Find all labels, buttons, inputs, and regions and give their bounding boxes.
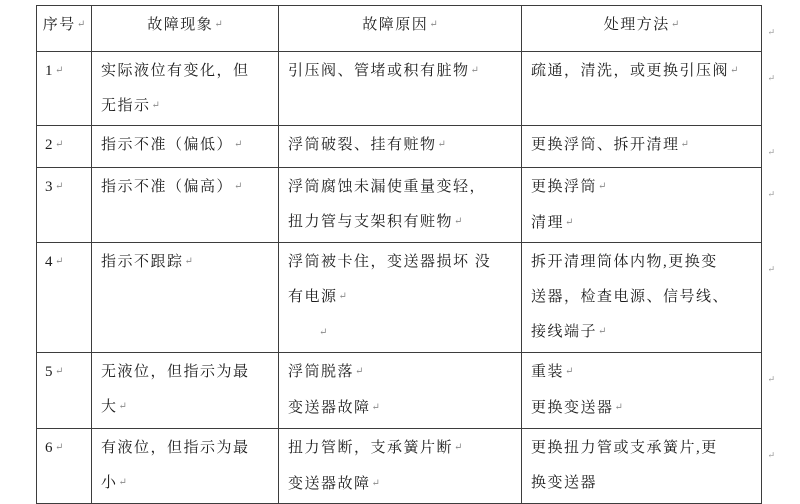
cell-text: 无指示 (101, 98, 151, 114)
paragraph-mark: ↵ (152, 100, 160, 111)
row-end-mark: ↵ (767, 362, 775, 397)
cell-text: 更换浮筒 (531, 179, 597, 195)
cell-no: 3↵ (37, 168, 92, 243)
table-row: 1↵实际液位有变化，但无指示↵引压阀、管堵或积有脏物↵疏通，清洗，或更换引压阀↵… (37, 52, 762, 126)
row-end-mark: ↵ (767, 252, 775, 287)
row-end-mark: ↵ (767, 61, 775, 96)
cell-line: 扭力管与支架积有赃物↵ (288, 205, 516, 241)
paragraph-mark: ↵ (471, 65, 479, 76)
paragraph-mark: ↵ (565, 366, 573, 377)
cell-line: 指示不准（偏低）↵ (101, 128, 273, 164)
paragraph-mark: ↵ (234, 181, 242, 192)
paragraph-mark: ↵ (234, 139, 242, 150)
cell-text: 浮筒脱落 (288, 364, 354, 380)
cell-solution: 拆开清理筒体内物,更换变送器，检查电源、信号线、接线端子↵↵ (522, 243, 762, 353)
cell-phenomenon: 无液位，但指示为最大↵ (92, 353, 279, 429)
cell-line: 拆开清理筒体内物,更换变 (531, 245, 756, 280)
cell-text: 换变送器 (531, 475, 597, 491)
cell-line: 换变送器 (531, 466, 756, 500)
table-head: 序号↵故障现象↵故障原因↵处理方法↵↵ (37, 6, 762, 52)
paragraph-mark: ↵ (372, 402, 380, 413)
paragraph-mark: ↵ (355, 366, 363, 377)
paragraph-mark: ↵ (55, 139, 63, 150)
paragraph-mark: ↵ (319, 327, 327, 338)
row-end-mark: ↵ (767, 177, 775, 212)
cell-line: 浮筒腐蚀未漏使重量变轻， (288, 170, 516, 205)
row-number: 6 (45, 440, 54, 456)
cell-text: 实际液位有变化，但 (101, 63, 250, 79)
column-header-label: 故障原因 (362, 17, 428, 33)
paragraph-mark: ↵ (339, 291, 347, 302)
cell-line: 实际液位有变化，但 (101, 54, 273, 89)
paragraph-mark: ↵ (55, 65, 63, 76)
paragraph-mark: ↵ (55, 256, 63, 267)
cell-line: 大↵ (101, 390, 273, 426)
cell-text: 指示不准（偏低） (101, 137, 233, 153)
cell-line: 疏通，清洗，或更换引压阀↵ (531, 54, 756, 90)
column-header: 处理方法↵↵ (522, 6, 762, 52)
paragraph-mark: ↵ (438, 139, 446, 150)
cell-line: 更换浮筒↵ (531, 170, 756, 206)
paragraph-mark: ↵ (214, 19, 222, 30)
cell-solution: 重装↵更换变送器↵↵ (522, 353, 762, 429)
cell-line: 更换扭力管或支承簧片,更 (531, 431, 756, 466)
cell-line: 扭力管断，支承簧片断↵ (288, 431, 516, 467)
cell-no: 6↵ (37, 429, 92, 501)
cell-text: 扭力管与支架积有赃物 (288, 214, 453, 230)
cell-line: 清理↵ (531, 206, 756, 242)
paragraph-mark: ↵ (55, 181, 63, 192)
fault-table: 序号↵故障现象↵故障原因↵处理方法↵↵ 1↵实际液位有变化，但无指示↵引压阀、管… (36, 5, 762, 500)
cell-text: 更换浮筒、拆开清理 (531, 137, 680, 153)
cell-phenomenon: 指示不准（偏高）↵ (92, 168, 279, 243)
cell-phenomenon: 有液位，但指示为最小↵ (92, 429, 279, 501)
cell-line: 浮筒脱落↵ (288, 355, 516, 391)
cell-text: 重装 (531, 364, 564, 380)
row-end-mark: ↵ (767, 15, 775, 50)
cell-text: 变送器故障 (288, 400, 371, 416)
cell-text: 接线端子 (531, 324, 597, 340)
cell-text: 指示不跟踪 (101, 254, 184, 270)
cell-line: 更换变送器↵ (531, 391, 756, 427)
cell-text: 小 (101, 475, 118, 491)
cell-text: 浮筒被卡住，变送器损坏 没 (288, 254, 491, 270)
cell-line: 3↵ (45, 170, 86, 206)
row-number: 4 (45, 254, 54, 270)
cell-cause: 浮筒被卡住，变送器损坏 没有电源↵↵ (279, 243, 522, 353)
cell-line: 5↵ (45, 355, 86, 391)
cell-cause: 浮筒腐蚀未漏使重量变轻，扭力管与支架积有赃物↵ (279, 168, 522, 243)
paragraph-mark: ↵ (119, 477, 127, 488)
table-row: 6↵有液位，但指示为最小↵扭力管断，支承簧片断↵变送器故障↵更换扭力管或支承簧片… (37, 429, 762, 501)
cell-phenomenon: 实际液位有变化，但无指示↵ (92, 52, 279, 126)
cell-text: 指示不准（偏高） (101, 179, 233, 195)
cell-cause: 浮筒脱落↵变送器故障↵ (279, 353, 522, 429)
cell-line: 更换浮筒、拆开清理↵ (531, 128, 756, 164)
cell-solution: 更换扭力管或支承簧片,更换变送器↵ (522, 429, 762, 501)
cell-text: 有电源 (288, 289, 338, 305)
row-number: 2 (45, 137, 54, 153)
table-row: 5↵无液位，但指示为最大↵浮筒脱落↵变送器故障↵重装↵更换变送器↵↵ (37, 353, 762, 429)
table-row: 2↵指示不准（偏低）↵浮筒破裂、挂有赃物↵更换浮筒、拆开清理↵↵ (37, 126, 762, 168)
document-page: 序号↵故障现象↵故障原因↵处理方法↵↵ 1↵实际液位有变化，但无指示↵引压阀、管… (0, 0, 800, 500)
paragraph-mark: ↵ (598, 326, 606, 337)
cell-no: 1↵ (37, 52, 92, 126)
paragraph-mark: ↵ (671, 19, 679, 30)
cell-no: 5↵ (37, 353, 92, 429)
cell-text: 更换变送器 (531, 400, 614, 416)
cell-text: 送器，检查电源、信号线、 (531, 289, 729, 305)
column-header: 故障原因↵ (279, 6, 522, 52)
cell-text: 变送器故障 (288, 476, 371, 492)
cell-text: 疏通，清洗，或更换引压阀 (531, 63, 729, 79)
cell-line: 指示不跟踪↵ (101, 245, 273, 281)
paragraph-mark: ↵ (681, 139, 689, 150)
row-end-mark: ↵ (767, 135, 775, 170)
cell-line: ↵ (288, 316, 516, 352)
row-end-mark: ↵ (767, 438, 775, 473)
cell-line: 有液位，但指示为最 (101, 431, 273, 466)
cell-line: 变送器故障↵ (288, 391, 516, 427)
cell-line: 浮筒被卡住，变送器损坏 没 (288, 245, 516, 280)
cell-text: 清理 (531, 215, 564, 231)
paragraph-mark: ↵ (55, 366, 63, 377)
cell-line: 浮筒破裂、挂有赃物↵ (288, 128, 516, 164)
cell-line: 6↵ (45, 431, 86, 467)
cell-text: 浮筒破裂、挂有赃物 (288, 137, 437, 153)
paragraph-mark: ↵ (185, 256, 193, 267)
row-number: 1 (45, 63, 54, 79)
cell-line: 无指示↵ (101, 89, 273, 125)
cell-no: 4↵ (37, 243, 92, 353)
column-header-label: 序号 (43, 17, 76, 33)
cell-text: 更换扭力管或支承簧片,更 (531, 440, 718, 456)
cell-line: 指示不准（偏高）↵ (101, 170, 273, 206)
paragraph-mark: ↵ (454, 216, 462, 227)
row-number: 3 (45, 179, 54, 195)
table-row: 4↵指示不跟踪↵浮筒被卡住，变送器损坏 没有电源↵↵拆开清理筒体内物,更换变送器… (37, 243, 762, 353)
cell-cause: 浮筒破裂、挂有赃物↵ (279, 126, 522, 168)
cell-text: 浮筒腐蚀未漏使重量变轻， (288, 179, 486, 195)
row-number: 5 (45, 364, 54, 380)
cell-solution: 更换浮筒、拆开清理↵↵ (522, 126, 762, 168)
column-header: 序号↵ (37, 6, 92, 52)
paragraph-mark: ↵ (55, 442, 63, 453)
cell-cause: 引压阀、管堵或积有脏物↵ (279, 52, 522, 126)
cell-text: 引压阀、管堵或积有脏物 (288, 63, 470, 79)
paragraph-mark: ↵ (615, 402, 623, 413)
cell-cause: 扭力管断，支承簧片断↵变送器故障↵ (279, 429, 522, 501)
paragraph-mark: ↵ (119, 401, 127, 412)
cell-solution: 更换浮筒↵清理↵↵ (522, 168, 762, 243)
paragraph-mark: ↵ (598, 181, 606, 192)
cell-line: 引压阀、管堵或积有脏物↵ (288, 54, 516, 90)
paragraph-mark: ↵ (429, 19, 437, 30)
cell-line: 变送器故障↵ (288, 467, 516, 500)
table-body: 1↵实际液位有变化，但无指示↵引压阀、管堵或积有脏物↵疏通，清洗，或更换引压阀↵… (37, 52, 762, 501)
cell-line: 重装↵ (531, 355, 756, 391)
column-header-label: 故障现象 (147, 17, 213, 33)
paragraph-mark: ↵ (565, 217, 573, 228)
cell-text: 扭力管断，支承簧片断 (288, 440, 453, 456)
table-row: 3↵指示不准（偏高）↵浮筒腐蚀未漏使重量变轻，扭力管与支架积有赃物↵更换浮筒↵清… (37, 168, 762, 243)
cell-phenomenon: 指示不准（偏低）↵ (92, 126, 279, 168)
header-row: 序号↵故障现象↵故障原因↵处理方法↵↵ (37, 6, 762, 52)
cell-line: 2↵ (45, 128, 86, 164)
cell-line: 送器，检查电源、信号线、 (531, 280, 756, 315)
cell-line: 小↵ (101, 466, 273, 500)
cell-line: 无液位，但指示为最 (101, 355, 273, 390)
cell-line: 接线端子↵ (531, 315, 756, 351)
cell-line: 4↵ (45, 245, 86, 281)
cell-no: 2↵ (37, 126, 92, 168)
paragraph-mark: ↵ (730, 65, 738, 76)
cell-text: 大 (101, 399, 118, 415)
cell-text: 有液位，但指示为最 (101, 440, 250, 456)
cell-solution: 疏通，清洗，或更换引压阀↵↵ (522, 52, 762, 126)
cell-text: 拆开清理筒体内物,更换变 (531, 254, 718, 270)
paragraph-mark: ↵ (372, 478, 380, 489)
cell-phenomenon: 指示不跟踪↵ (92, 243, 279, 353)
paragraph-mark: ↵ (454, 442, 462, 453)
cell-text: 无液位，但指示为最 (101, 364, 250, 380)
cell-line: 有电源↵ (288, 280, 516, 316)
paragraph-mark: ↵ (77, 19, 85, 30)
column-header: 故障现象↵ (92, 6, 279, 52)
cell-line: 1↵ (45, 54, 86, 90)
column-header-label: 处理方法 (604, 17, 670, 33)
